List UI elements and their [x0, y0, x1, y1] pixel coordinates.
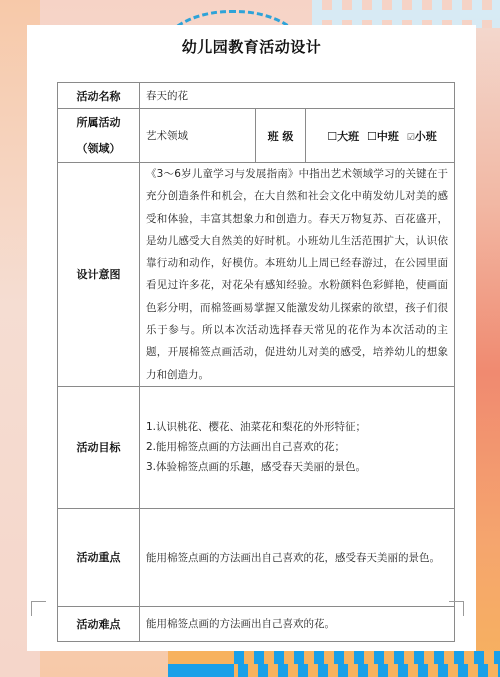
activity-domain-label-line1: 所属活动	[64, 110, 133, 136]
decorative-checker-bottom	[168, 651, 500, 677]
checkbox-unchecked-icon: ☐	[367, 130, 377, 143]
design-intent-label: 设计意图	[58, 163, 140, 387]
key-points-label: 活动重点	[58, 508, 140, 606]
checkbox-unchecked-icon: ☐	[327, 130, 337, 143]
row-activity-domain: 所属活动 （领域） 艺术领域 班 级 ☐大班 ☐中班 ☑小班	[58, 109, 455, 163]
key-points-value: 能用棉签点画的方法画出自己喜欢的花，感受春天美丽的景色。	[140, 508, 455, 606]
goal-item: 1.认识桃花、樱花、油菜花和梨花的外形特征；	[146, 417, 448, 437]
difficulties-value: 能用棉签点画的方法画出自己喜欢的花。	[140, 606, 455, 641]
goal-item: 2.能用棉签点画的方法画出自己喜欢的花；	[146, 437, 448, 457]
class-option-junior[interactable]: ☑小班	[407, 128, 437, 144]
checkbox-checked-icon: ☑	[407, 133, 415, 143]
activity-domain-label-line2: （领域）	[64, 136, 133, 162]
crop-mark-bottom-left	[31, 601, 46, 616]
class-level-options: ☐大班 ☐中班 ☑小班	[306, 109, 455, 163]
activity-domain-label: 所属活动 （领域）	[58, 109, 140, 163]
class-option-senior[interactable]: ☐大班	[327, 128, 359, 144]
class-option-middle[interactable]: ☐中班	[367, 128, 399, 144]
activity-name-label: 活动名称	[58, 83, 140, 109]
design-intent-value: 《3～6岁儿童学习与发展指南》中指出艺术领域学习的关键在于充分创造条件和机会，在…	[140, 163, 455, 387]
row-activity-name: 活动名称 春天的花	[58, 83, 455, 109]
document-page: 幼儿园教育活动设计 活动名称 春天的花 所属活动 （领域） 艺术领域 班 级 ☐…	[27, 25, 476, 651]
activity-plan-table: 活动名称 春天的花 所属活动 （领域） 艺术领域 班 级 ☐大班 ☐中班 ☑小班	[57, 82, 455, 642]
class-level-label: 班 级	[256, 109, 306, 163]
activity-goals-label: 活动目标	[58, 386, 140, 508]
activity-domain-value: 艺术领域	[140, 109, 256, 163]
decorative-checker-top	[312, 0, 500, 28]
row-activity-goals: 活动目标 1.认识桃花、樱花、油菜花和梨花的外形特征； 2.能用棉签点画的方法画…	[58, 386, 455, 508]
row-design-intent: 设计意图 《3～6岁儿童学习与发展指南》中指出艺术领域学习的关键在于充分创造条件…	[58, 163, 455, 387]
goal-item: 3.体验棉签点画的乐趣，感受春天美丽的景色。	[146, 457, 448, 477]
row-difficulties: 活动难点 能用棉签点画的方法画出自己喜欢的花。	[58, 606, 455, 641]
activity-goals-list: 1.认识桃花、樱花、油菜花和梨花的外形特征； 2.能用棉签点画的方法画出自己喜欢…	[140, 386, 455, 508]
activity-name-value: 春天的花	[140, 83, 455, 109]
difficulties-label: 活动难点	[58, 606, 140, 641]
crop-mark-bottom-right	[449, 601, 464, 616]
page-title: 幼儿园教育活动设计	[27, 36, 476, 57]
row-key-points: 活动重点 能用棉签点画的方法画出自己喜欢的花，感受春天美丽的景色。	[58, 508, 455, 606]
